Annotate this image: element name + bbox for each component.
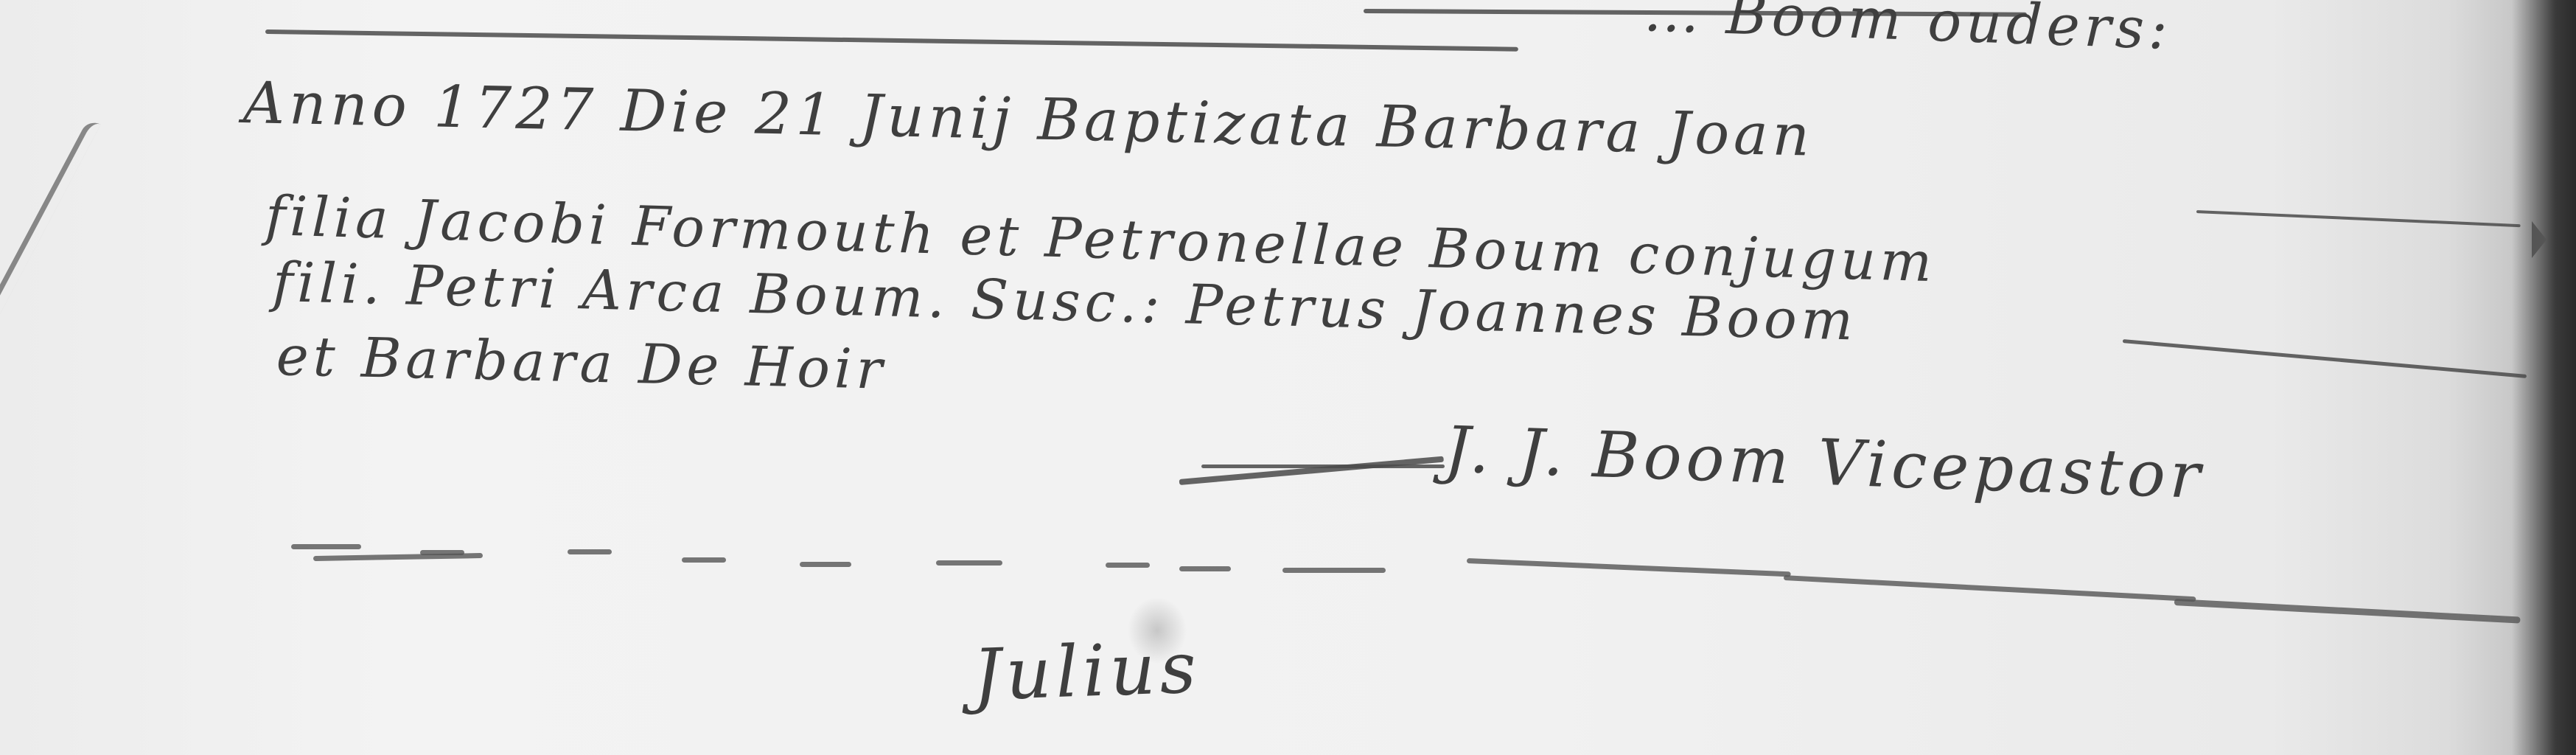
margin-bracket-mark: [0, 118, 101, 359]
binding-tab-mark: [2532, 221, 2547, 258]
line-filler-stroke-1: [2196, 210, 2521, 227]
line-filler-stroke-2: [2123, 339, 2527, 378]
separator-dash: [800, 562, 851, 567]
manuscript-page: … Boom ouders: Anno 1727 Die 21 Junij Ba…: [0, 0, 2576, 755]
separator-dash: [1467, 558, 1791, 577]
signature-flourish-lower: [1179, 456, 1444, 485]
entry-line-4: et Barbara De Hoir: [276, 324, 887, 402]
month-heading: Julius: [971, 626, 1202, 717]
entry-line-1: Anno 1727 Die 21 Junij Baptizata Barbara…: [242, 70, 1815, 170]
separator-dash: [1282, 568, 1386, 573]
separator-dash: [420, 550, 464, 555]
separator-dash: [568, 549, 612, 554]
previous-entry-fragment: … Boom ouders:: [1642, 0, 2173, 62]
separator-dash: [1179, 566, 1231, 571]
separator-dash: [2174, 599, 2521, 624]
separator-dash: [936, 560, 1002, 566]
separator-dash: [682, 557, 726, 563]
separator-dash: [291, 544, 361, 549]
separator-rule-top: [265, 29, 1518, 52]
separator-dash: [1784, 575, 2196, 602]
pastor-signature: J. J. Boom Vicepastor: [1443, 413, 2206, 513]
separator-dash: [1106, 563, 1150, 568]
